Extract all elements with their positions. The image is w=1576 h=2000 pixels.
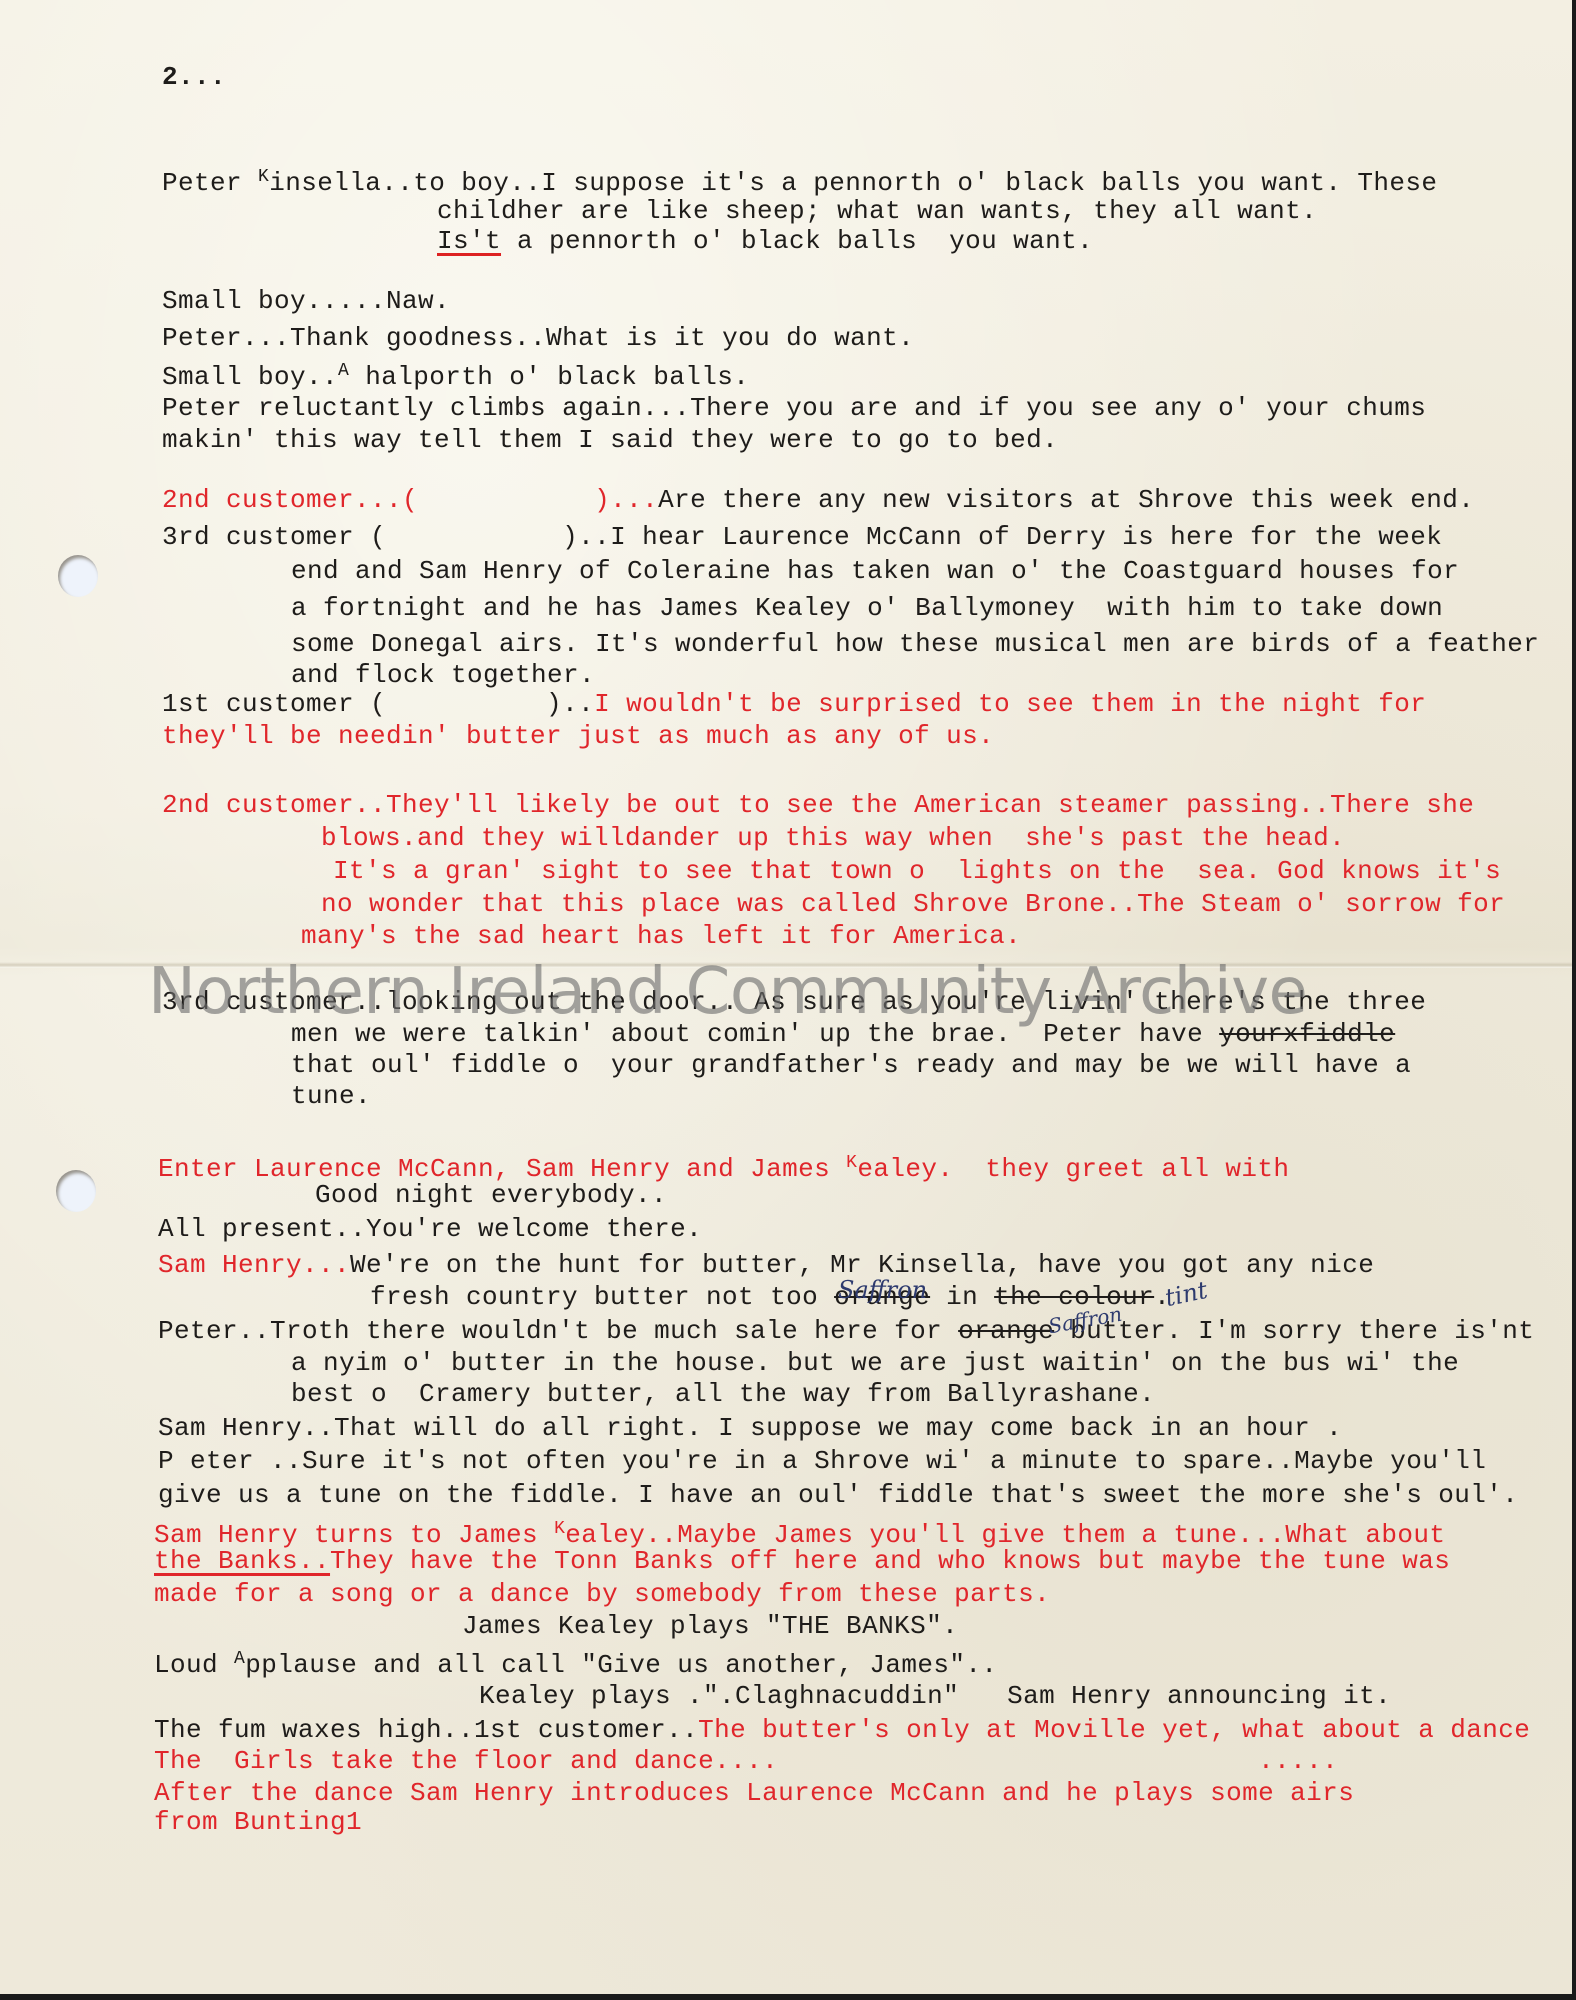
typed-text: insella..to boy..I suppose it's a pennor… (269, 168, 1437, 198)
text-line: many's the sad heart has left it for Ame… (301, 921, 1021, 951)
text-line: and flock together. (291, 660, 595, 690)
text-line: the Banks..They have the Tonn Banks off … (154, 1546, 1450, 1576)
red-typed-text: I wouldn't be surprised to see them in t… (594, 689, 1426, 719)
typed-text: childher are like sheep; what wan wants,… (437, 196, 1317, 226)
typed-text: a nyim o' butter in the house. but we ar… (291, 1348, 1459, 1378)
struck-text: orange (958, 1316, 1054, 1346)
typed-text: Is't (437, 226, 501, 256)
text-line: 2nd customer...( )...Are there any new v… (162, 485, 1474, 515)
text-line: a fortnight and he has James Kealey o' B… (291, 593, 1443, 623)
text-line: Sam Henry turns to James Kealey..Maybe J… (154, 1514, 1445, 1550)
red-typed-text: blows.and they willdander up this way wh… (321, 823, 1345, 853)
red-typed-text: made for a song or a dance by somebody f… (154, 1579, 1050, 1609)
typed-text: James Kealey plays "THE BANKS". (462, 1611, 958, 1641)
typed-text: All present..You're welcome there. (158, 1214, 702, 1244)
typed-text: A (234, 1649, 245, 1669)
text-line: childher are like sheep; what wan wants,… (437, 196, 1317, 226)
red-typed-text: no wonder that this place was called Shr… (321, 889, 1505, 919)
typed-text: a pennorth o' black balls you want. (501, 226, 1093, 256)
text-line: Peter...Thank goodness..What is it you d… (162, 323, 914, 353)
punch-hole-top (58, 555, 98, 597)
typed-text: makin' this way tell them I said they we… (162, 425, 1058, 455)
text-line: Is't a pennorth o' black balls you want. (437, 226, 1093, 256)
typed-text: 1st customer ( ).. (162, 689, 594, 719)
red-typed-text: They have the Tonn Banks off here and wh… (330, 1546, 1450, 1576)
typed-text: The fum waxes high..1st customer.. (154, 1715, 698, 1745)
typed-text: 3rd customer ( )..I hear Laurence McCann… (162, 522, 1442, 552)
typed-text: that oul' fiddle o your grandfather's re… (291, 1050, 1411, 1080)
typed-text: A (338, 361, 349, 381)
typed-text: and flock together. (291, 660, 595, 690)
text-line: from Bunting1 (154, 1807, 362, 1837)
page-marker: 2... (162, 62, 226, 92)
handwritten-annotation: Saffron (838, 1276, 927, 1304)
typed-text: some Donegal airs. It's wonderful how th… (291, 629, 1539, 659)
text-line: Small boy..A halporth o' black balls. (162, 356, 749, 392)
red-typed-text: the Banks.. (154, 1546, 330, 1576)
red-typed-text: The Girls take the floor and dance.... .… (154, 1746, 1338, 1776)
text-line: no wonder that this place was called Shr… (321, 889, 1505, 919)
text-line: a nyim o' butter in the house. but we ar… (291, 1348, 1459, 1378)
typed-text: Sam Henry..That will do all right. I sup… (158, 1413, 1342, 1443)
typed-text: give us a tune on the fiddle. I have an … (158, 1480, 1518, 1510)
text-line: 2nd customer..They'll likely be out to s… (162, 790, 1474, 820)
text-line: they'll be needin' butter just as much a… (162, 721, 994, 751)
typed-text: butter. I'm sorry there is'nt (1054, 1316, 1534, 1346)
text-line: blows.and they willdander up this way wh… (321, 823, 1345, 853)
typed-text: Peter...Thank goodness..What is it you d… (162, 323, 914, 353)
text-line: 1st customer ( )..I wouldn't be surprise… (162, 689, 1426, 719)
text-line: It's a gran' sight to see that town o li… (333, 856, 1501, 886)
text-line: After the dance Sam Henry introduces Lau… (154, 1778, 1354, 1808)
text-line: The fum waxes high..1st customer..The bu… (154, 1715, 1530, 1745)
text-line: Peter..Troth there wouldn't be much sale… (158, 1316, 1534, 1346)
red-typed-text: K (846, 1153, 857, 1173)
red-typed-text: 2nd customer...( )... (162, 485, 658, 515)
typed-text: Peter (162, 168, 258, 198)
typed-text: Small boy.. (162, 362, 338, 392)
text-line: give us a tune on the fiddle. I have an … (158, 1480, 1518, 1510)
text-line: 3rd customer ( )..I hear Laurence McCann… (162, 522, 1442, 552)
text-line: Loud Applause and all call "Give us anot… (154, 1644, 997, 1680)
red-typed-text: many's the sad heart has left it for Ame… (301, 921, 1021, 951)
archive-watermark: Northern Ireland Community Archive (148, 955, 1307, 1029)
typed-text: best o Cramery butter, all the way from … (291, 1379, 1155, 1409)
text-line: Small boy.....Naw. (162, 286, 450, 316)
typed-text: tune. (291, 1081, 371, 1111)
text-line: James Kealey plays "THE BANKS". (462, 1611, 958, 1641)
text-line: makin' this way tell them I said they we… (162, 425, 1058, 455)
typed-text: K (258, 167, 269, 187)
text-line: some Donegal airs. It's wonderful how th… (291, 629, 1539, 659)
typed-text: in (930, 1282, 994, 1312)
text-line: end and Sam Henry of Coleraine has taken… (291, 556, 1459, 586)
typed-text: a fortnight and he has James Kealey o' B… (291, 593, 1443, 623)
text-line: that oul' fiddle o your grandfather's re… (291, 1050, 1411, 1080)
typed-text: end and Sam Henry of Coleraine has taken… (291, 556, 1459, 586)
text-line: Enter Laurence McCann, Sam Henry and Jam… (158, 1148, 1289, 1184)
text-line: tune. (291, 1081, 371, 1111)
red-typed-text: Sam Henry... (158, 1250, 350, 1280)
text-line: made for a song or a dance by somebody f… (154, 1579, 1050, 1609)
text-line: Peter Kinsella..to boy..I suppose it's a… (162, 162, 1437, 198)
red-typed-text: The butter's only at Moville yet, what a… (698, 1715, 1530, 1745)
typed-text: halporth o' black balls. (349, 362, 749, 392)
text-line: The Girls take the floor and dance.... .… (154, 1746, 1338, 1776)
punch-hole-bottom (56, 1170, 96, 1212)
typed-text: pplause and all call "Give us another, J… (245, 1650, 997, 1680)
red-typed-text: K (554, 1519, 565, 1539)
red-typed-text: from Bunting1 (154, 1807, 362, 1837)
red-typed-text: 2nd customer..They'll likely be out to s… (162, 790, 1474, 820)
text-line: fresh country butter not too orange in t… (370, 1282, 1170, 1312)
text-line: Peter reluctantly climbs again...There y… (162, 393, 1426, 423)
red-typed-text: ealey. they greet all with (857, 1154, 1289, 1184)
text-line: Sam Henry...We're on the hunt for butter… (158, 1250, 1374, 1280)
typed-text: Good night everybody.. (315, 1180, 667, 1210)
typed-text: Are there any new visitors at Shrove thi… (658, 485, 1474, 515)
text-line: Kealey plays .".Claghnacuddin" Sam Henry… (479, 1681, 1391, 1711)
text-line: best o Cramery butter, all the way from … (291, 1379, 1155, 1409)
red-typed-text: they'll be needin' butter just as much a… (162, 721, 994, 751)
red-typed-text: After the dance Sam Henry introduces Lau… (154, 1778, 1354, 1808)
document-page: 2... Peter Kinsella..to boy..I suppose i… (0, 0, 1572, 1994)
typed-text: Loud (154, 1650, 234, 1680)
red-typed-text: It's a gran' sight to see that town o li… (333, 856, 1501, 886)
typed-text: Peter..Troth there wouldn't be much sale… (158, 1316, 958, 1346)
struck-text: the colour (994, 1282, 1154, 1312)
typed-text: Kealey plays .".Claghnacuddin" Sam Henry… (479, 1681, 1391, 1711)
text-line: All present..You're welcome there. (158, 1214, 702, 1244)
text-line: Good night everybody.. (315, 1180, 667, 1210)
text-line: P eter ..Sure it's not often you're in a… (158, 1446, 1486, 1476)
text-line: Sam Henry..That will do all right. I sup… (158, 1413, 1342, 1443)
typed-text: fresh country butter not too (370, 1282, 834, 1312)
typed-text: Small boy.....Naw. (162, 286, 450, 316)
typed-text: Peter reluctantly climbs again...There y… (162, 393, 1426, 423)
typed-text: P eter ..Sure it's not often you're in a… (158, 1446, 1486, 1476)
